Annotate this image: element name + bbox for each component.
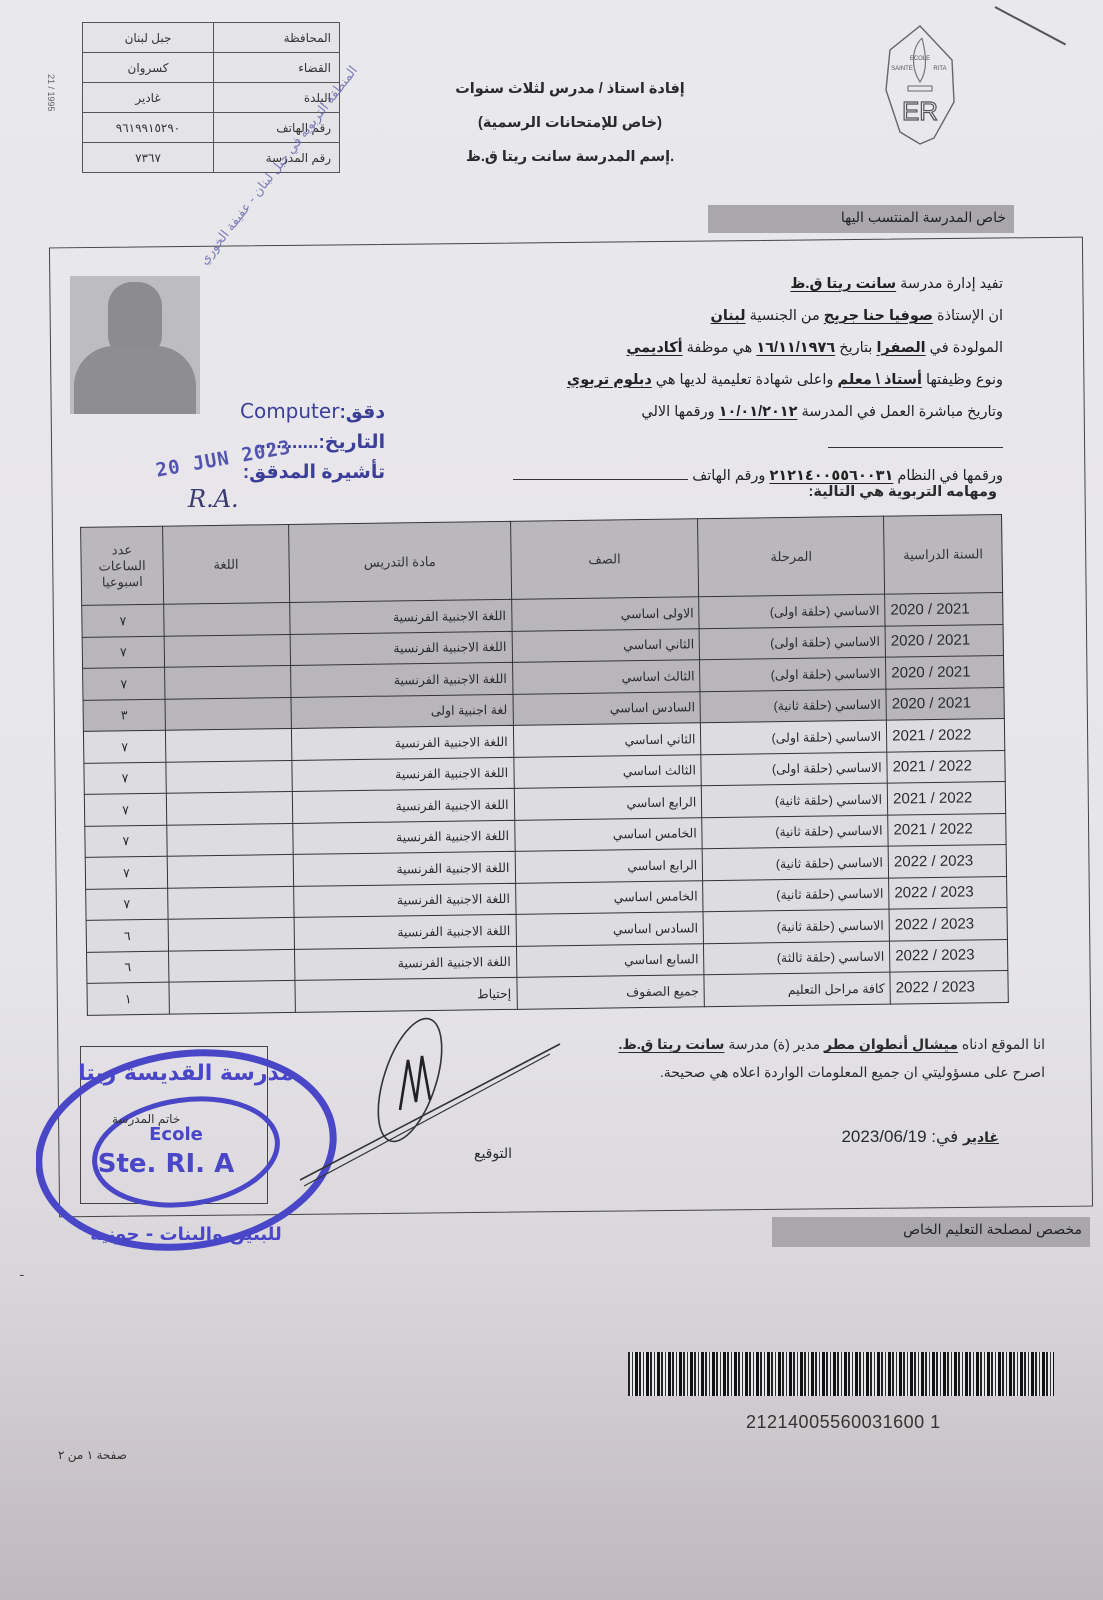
teacher-name: صوفيا حنا جريج (824, 308, 933, 324)
cell-year: 2021 / 2022 (887, 781, 1005, 814)
cell-hours: ٦ (87, 951, 169, 984)
school-logo-icon: ECOLE SAINTE RITA ER (880, 20, 960, 150)
cell-year: 2021 / 2022 (888, 813, 1006, 846)
cell-grade: الثاني اساسي (512, 628, 700, 662)
cell-year: 2020 / 2021 (885, 592, 1003, 625)
section-band-school: خاص المدرسة المنتسب اليها (708, 205, 1014, 233)
cell-lang (164, 634, 290, 667)
cell-grade: جميع الصفوف (516, 975, 704, 1009)
info-row: القضاءكسروان (83, 53, 340, 83)
col-subject: مادة التدريس (288, 521, 511, 602)
cell-lang (167, 823, 293, 856)
checker-label: دقق: (339, 402, 385, 423)
info-value: كسروان (83, 53, 214, 83)
verifier-initials: R.A. (188, 485, 239, 513)
document-title: إفادة استاذ / مدرس لثلاث سنوات (440, 72, 700, 106)
issue-date: 2023/06/19 (841, 1127, 926, 1146)
margin-mark-small: ـ (20, 1265, 24, 1279)
info-row: البلدةغادير (83, 83, 340, 113)
cell-year: 2022 / 2023 (890, 970, 1008, 1003)
svg-text:ER: ER (902, 96, 938, 126)
seal-label: خاتم المدرسة (112, 1112, 180, 1126)
declaration-school: سانت ريتا ق.ظ. (618, 1036, 724, 1052)
svg-text:RITA: RITA (933, 66, 946, 72)
cell-hours: ٧ (82, 604, 164, 637)
cell-grade: السادس اساسي (513, 691, 701, 725)
svg-text:للبنين والبنات - جونية: للبنين والبنات - جونية (90, 1224, 282, 1245)
cell-stage: الاساسي (حلقة اولى) (701, 720, 887, 754)
cell-subject: اللغة الاجنبية الفرنسية (291, 725, 513, 760)
degree: دبلوم تربوي (567, 372, 652, 388)
cell-lang (164, 602, 290, 635)
svg-text:ECOLE: ECOLE (910, 56, 930, 62)
cell-lang (168, 917, 294, 950)
info-value: ٧٣٦٧ (83, 143, 214, 173)
cell-year: 2022 / 2023 (889, 907, 1007, 940)
place: غادير (963, 1129, 999, 1145)
info-row: المحافظةجبل لبنان (83, 23, 340, 53)
cell-stage: الاساسي (حلقة ثانية) (702, 783, 888, 817)
teacher-photo (70, 276, 200, 414)
col-grade: الصف (510, 519, 699, 600)
photo-head-silhouette (108, 282, 162, 356)
cell-year: 2020 / 2021 (886, 687, 1004, 720)
school-name: سانت ريتا ق.ظ (790, 276, 896, 292)
cell-lang (169, 980, 295, 1013)
cell-grade: الثاني اساسي (513, 723, 701, 757)
side-code: 21 / 1995 (46, 74, 56, 112)
cell-grade: الاولى اساسي (511, 597, 699, 631)
cell-subject: اللغة الاجنبية الفرنسية (292, 788, 514, 823)
margin-mark (995, 6, 1067, 45)
document-header: إفادة استاذ / مدرس لثلاث سنوات (خاص للإم… (440, 72, 700, 174)
cell-stage: الاساسي (حلقة ثانية) (703, 909, 889, 943)
cell-hours: ٧ (84, 762, 166, 795)
nationality: لبنان (710, 308, 745, 324)
section-band-private-education: مخصص لمصلحة التعليم الخاص (772, 1217, 1090, 1247)
certificate-body: تفيد إدارة مدرسة سانت ريتا ق.ظ ان الإستا… (463, 268, 1003, 492)
cell-subject: اللغة الاجنبية الفرنسية (290, 662, 512, 697)
cell-stage: الاساسي (حلقة ثانية) (700, 689, 886, 723)
info-value: غادير (83, 83, 214, 113)
body-line-1: تفيد إدارة مدرسة سانت ريتا ق.ظ (463, 268, 1003, 300)
info-label: القضاء (214, 53, 340, 83)
job-title: أستاذ \ معلم (837, 372, 922, 388)
cell-hours: ٣ (83, 699, 165, 732)
photo-shoulders-silhouette (74, 346, 196, 414)
body-line-4: ونوع وظيفتها أستاذ \ معلم واعلى شهادة تع… (463, 364, 1003, 396)
cell-hours: ٧ (86, 888, 168, 921)
cell-year: 2022 / 2023 (890, 939, 1008, 972)
cell-year: 2020 / 2021 (886, 655, 1004, 688)
cell-stage: الاساسي (حلقة ثانية) (702, 846, 888, 880)
cell-lang (166, 791, 292, 824)
col-stage: المرحلة (698, 516, 885, 597)
cell-stage: الاساسي (حلقة اولى) (699, 594, 885, 628)
cell-grade: السادس اساسي (516, 912, 704, 946)
cell-lang (167, 854, 293, 887)
start-date: ١٠/٠١/٢٠١٢ (719, 404, 798, 420)
director-signature-icon (260, 1010, 570, 1210)
cell-subject: لغة اجنبية اولى (291, 694, 513, 729)
cell-year: 2020 / 2021 (885, 624, 1003, 657)
cell-lang (166, 760, 292, 793)
cell-grade: السابع اساسي (516, 943, 704, 977)
page-number: صفحة ١ من ٢ (58, 1448, 127, 1462)
cell-year: 2022 / 2023 (888, 844, 1006, 877)
cell-lang (168, 886, 294, 919)
cell-subject: اللغة الاجنبية الفرنسية (294, 946, 516, 981)
cell-stage: الاساسي (حلقة ثانية) (702, 815, 888, 849)
school-info-table: المحافظةجبل لبنان القضاءكسروان البلدةغاد… (82, 22, 340, 173)
checker-value: Computer (240, 399, 339, 423)
cell-year: 2021 / 2022 (887, 750, 1005, 783)
place-and-date: غادير في: 2023/06/19 (841, 1127, 999, 1147)
cell-lang (165, 697, 291, 730)
barcode-number: 21214005560031600 1 (746, 1412, 941, 1433)
system-number: ٢١٢١٤٠٠٥٥٦٠٠٣١ (769, 468, 893, 484)
cell-hours: ٦ (86, 919, 168, 952)
col-hours: عدد الساعات اسبوعيا (81, 526, 164, 605)
info-value: جبل لبنان (83, 23, 214, 53)
col-year: السنة الدراسية (884, 515, 1003, 595)
phone-blank (513, 466, 688, 480)
cell-grade: الرابع اساسي (515, 849, 703, 883)
birthplace: الصفرا (877, 340, 926, 356)
birthdate: ١٦/١١/١٩٧٦ (756, 340, 835, 356)
cell-hours: ٧ (82, 636, 164, 669)
info-label: المحافظة (214, 23, 340, 53)
cell-year: 2021 / 2022 (886, 718, 1004, 751)
cell-grade: الرابع اساسي (514, 786, 702, 820)
cell-lang (165, 728, 291, 761)
cell-year: 2022 / 2023 (889, 876, 1007, 909)
svg-text:SAINTE: SAINTE (891, 66, 913, 72)
cell-stage: الاساسي (حلقة اولى) (700, 657, 886, 691)
cell-hours: ٧ (83, 667, 165, 700)
cell-grade: الثالث اساسي (513, 754, 701, 788)
cell-hours: ٧ (84, 793, 166, 826)
cell-stage: الاساسي (حلقة اولى) (699, 626, 885, 660)
cell-grade: الثالث اساسي (512, 660, 700, 694)
cell-hours: ٧ (83, 730, 165, 763)
employment-type: أكاديمي (626, 340, 682, 356)
cell-stage: الاساسي (حلقة ثالثة) (704, 941, 890, 975)
tasks-title: ومهامه التربوية هي التالية: (809, 484, 997, 500)
cell-stage: كافة مراحل التعليم (704, 972, 890, 1006)
auto-number-blank (828, 434, 1003, 448)
document-subtitle: (خاص للإمتحانات الرسمية) (440, 106, 700, 140)
teaching-tasks-table: السنة الدراسية المرحلة الصف مادة التدريس… (80, 514, 1009, 1015)
school-name-line: .إسم المدرسة سانت ريتا ق.ظ (440, 140, 700, 174)
barcode-icon (628, 1352, 1054, 1396)
cell-subject: اللغة الاجنبية الفرنسية (290, 631, 512, 666)
cell-hours: ٧ (85, 825, 167, 858)
cell-subject: اللغة الاجنبية الفرنسية (290, 599, 512, 634)
info-value: ٩٦١٩٩١٥٢٩٠ (83, 113, 214, 143)
svg-text:Ste. RI. A: Ste. RI. A (98, 1149, 234, 1179)
cell-subject: إحتياط (295, 977, 517, 1012)
cell-grade: الخامس اساسي (514, 817, 702, 851)
cell-subject: اللغة الاجنبية الفرنسية (293, 883, 515, 918)
verify-date-label: التاريخ: (318, 432, 385, 453)
cell-hours: ٧ (85, 856, 167, 889)
cell-subject: اللغة الاجنبية الفرنسية (293, 820, 515, 855)
cell-subject: اللغة الاجنبية الفرنسية (293, 851, 515, 886)
cell-grade: الخامس اساسي (515, 880, 703, 914)
table-header-row: السنة الدراسية المرحلة الصف مادة التدريس… (81, 515, 1003, 606)
cell-hours: ١ (87, 982, 169, 1015)
body-line-3: المولودة في الصفرا بتاريخ ١٦/١١/١٩٧٦ هي … (463, 332, 1003, 364)
cell-stage: الاساسي (حلقة اولى) (701, 752, 887, 786)
col-language: اللغة (163, 524, 290, 604)
cell-subject: اللغة الاجنبية الفرنسية (294, 914, 516, 949)
director-name: ميشال أنطوان مطر (824, 1036, 958, 1052)
cell-lang (169, 949, 295, 982)
cell-subject: اللغة الاجنبية الفرنسية (292, 757, 514, 792)
svg-text:Ecole: Ecole (149, 1124, 203, 1145)
cell-lang (165, 665, 291, 698)
body-line-5: وتاريخ مباشرة العمل في المدرسة ١٠/٠١/٢٠١… (463, 396, 1003, 460)
cell-stage: الاساسي (حلقة ثانية) (703, 878, 889, 912)
body-line-2: ان الإستاذة صوفيا حنا جريج من الجنسية لب… (463, 300, 1003, 332)
